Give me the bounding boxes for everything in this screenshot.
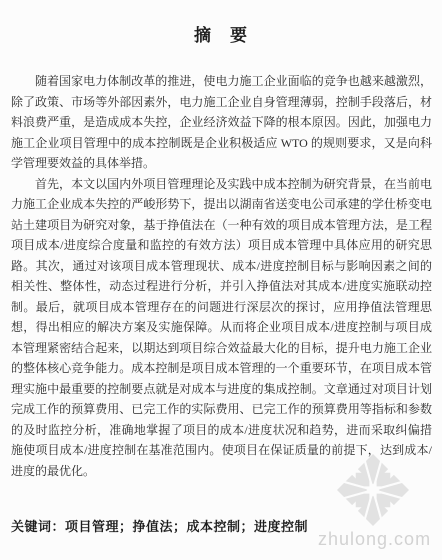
abstract-page: 摘 要 随着国家电力体制改革的推进，使电力施工企业面临的竞争也越来越激烈，除了政… [0,0,442,560]
abstract-paragraph-1: 随着国家电力体制改革的推进，使电力施工企业面临的竞争也越来越激烈，除了政策、市场… [11,71,432,174]
keywords-text: 项目管理；挣值法；成本控制；进度控制 [65,519,308,534]
watermark-text: zhulong.com [318,529,428,550]
watermark: zhulong.com [318,454,428,550]
abstract-paragraph-2: 首先，本文以国内外项目管理理论及实践中成本控制为研究背景，在当前电力施工企业成本… [11,174,432,482]
page-title: 摘 要 [0,0,442,46]
keywords-line: 关键词：项目管理；挣值法；成本控制；进度控制 [11,516,308,535]
zhulong-pinwheel-icon [337,454,409,526]
abstract-body: 随着国家电力体制改革的推进，使电力施工企业面临的竞争也越来越激烈，除了政策、市场… [11,71,432,481]
keywords-label: 关键词： [11,519,65,534]
